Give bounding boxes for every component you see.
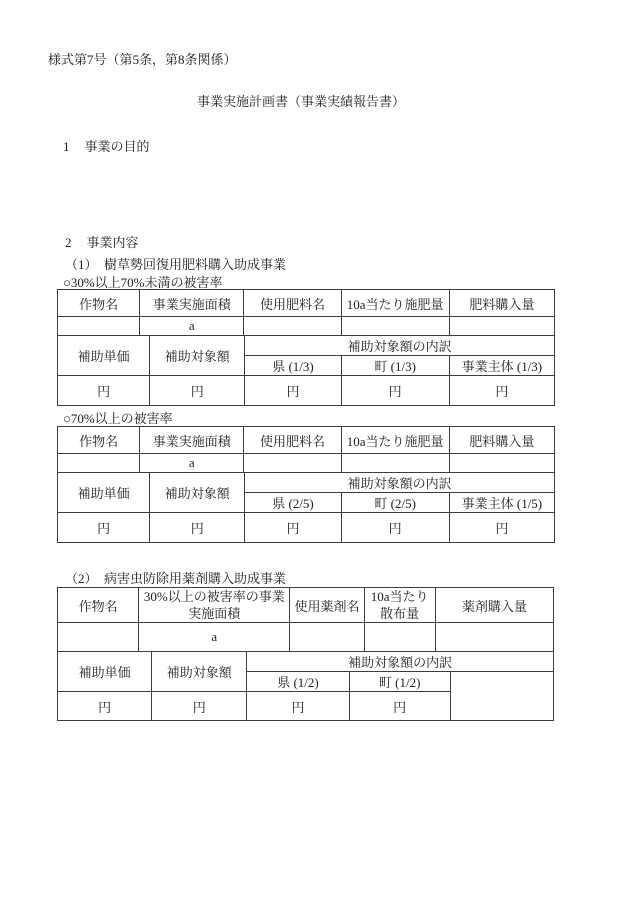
a-subsidy-amount-yen-cell: 円 <box>150 376 245 406</box>
c-town-yen-cell: 円 <box>349 692 450 721</box>
a-rate-header: 10a当たり施肥量 <box>341 290 449 317</box>
c-subsidy-amount-header: 補助対象額 <box>152 652 247 692</box>
c-empty-region <box>450 672 553 721</box>
b-operator-yen-cell: 円 <box>449 513 554 543</box>
b-unit-price-yen-cell: 円 <box>58 513 150 543</box>
b-crop-cell <box>58 454 140 473</box>
damage-70-table: 作物名 事業実施面積 使用肥料名 10a当たり施肥量 肥料購入量 a 補助単価 … <box>57 426 555 543</box>
b-fertilizer-cell <box>244 454 341 473</box>
b-prefecture-share-header: 県 (2/5) <box>245 493 341 513</box>
section-content-heading: 2事業内容 <box>65 235 139 251</box>
section-purpose-heading: 1事業の目的 <box>63 139 150 155</box>
damage-70-caption: ○70%以上の被害率 <box>63 411 173 427</box>
a-fertilizer-header: 使用肥料名 <box>244 290 341 317</box>
document-page: 様式第7号（第5条，第8条関係） 事業実施計画書（事業実績報告書） 1事業の目的… <box>0 0 630 903</box>
c-crop-header: 作物名 <box>58 588 139 623</box>
document-title: 事業実施計画書（事業実績報告書） <box>197 94 405 110</box>
b-rate-cell <box>341 454 449 473</box>
a-prefecture-share-header: 県 (1/3) <box>245 356 341 376</box>
a-operator-share-header: 事業主体 (1/3) <box>449 356 554 376</box>
fertilizer-program-heading: （1） 樹草勢回復用肥料購入助成事業 <box>65 257 286 273</box>
c-pesticide-cell <box>290 623 364 652</box>
b-crop-header: 作物名 <box>58 427 140 454</box>
a-rate-cell <box>341 317 449 336</box>
b-area-header: 事業実施面積 <box>140 427 244 454</box>
a-prefecture-yen-cell: 円 <box>245 376 341 406</box>
c-area-header: 30%以上の被害率の事業 実施面積 <box>139 588 290 623</box>
pesticide-table: 作物名 30%以上の被害率の事業 実施面積 使用薬剤名 10a当たり 散布量 薬… <box>57 587 554 721</box>
b-rate-header: 10a当たり施肥量 <box>341 427 449 454</box>
c-purchase-cell <box>435 623 553 652</box>
a-area-cell: a <box>140 317 244 336</box>
damage-30-70-table: 作物名 事業実施面積 使用肥料名 10a当たり施肥量 肥料購入量 a 補助単価 … <box>57 289 555 406</box>
a-unit-price-yen-cell: 円 <box>58 376 150 406</box>
section-content-label: 事業内容 <box>87 235 139 251</box>
b-unit-price-header: 補助単価 <box>58 473 150 513</box>
a-crop-header: 作物名 <box>58 290 140 317</box>
c-area-cell: a <box>139 623 290 652</box>
pesticide-program-heading: （2） 病害虫防除用薬剤購入助成事業 <box>65 571 286 587</box>
c-rate-header: 10a当たり 散布量 <box>364 588 435 623</box>
b-town-yen-cell: 円 <box>341 513 449 543</box>
c-unit-price-header: 補助単価 <box>58 652 152 692</box>
c-crop-cell <box>58 623 139 652</box>
c-prefecture-share-header: 県 (1/2) <box>247 672 349 692</box>
b-breakdown-header: 補助対象額の内訳 <box>245 473 555 493</box>
c-town-share-header: 町 (1/2) <box>349 672 450 692</box>
b-subsidy-amount-yen-cell: 円 <box>150 513 245 543</box>
a-breakdown-header: 補助対象額の内訳 <box>245 336 555 356</box>
section-purpose-number: 1 <box>63 139 70 154</box>
a-purchase-header: 肥料購入量 <box>449 290 554 317</box>
b-town-share-header: 町 (2/5) <box>341 493 449 513</box>
b-subsidy-amount-header: 補助対象額 <box>150 473 245 513</box>
b-purchase-cell <box>449 454 554 473</box>
c-rate-cell <box>364 623 435 652</box>
form-number: 様式第7号（第5条，第8条関係） <box>48 52 237 68</box>
a-fertilizer-cell <box>244 317 341 336</box>
a-unit-price-header: 補助単価 <box>58 336 150 376</box>
c-purchase-header: 薬剤購入量 <box>435 588 553 623</box>
b-area-cell: a <box>140 454 244 473</box>
b-operator-share-header: 事業主体 (1/5) <box>449 493 554 513</box>
b-fertilizer-header: 使用肥料名 <box>244 427 341 454</box>
c-unit-price-yen-cell: 円 <box>58 692 152 721</box>
section-content-number: 2 <box>65 235 72 250</box>
c-pesticide-header: 使用薬剤名 <box>290 588 364 623</box>
a-town-share-header: 町 (1/3) <box>341 356 449 376</box>
c-breakdown-header: 補助対象額の内訳 <box>247 652 554 672</box>
b-prefecture-yen-cell: 円 <box>245 513 341 543</box>
section-purpose-label: 事業の目的 <box>85 139 150 155</box>
c-subsidy-amount-yen-cell: 円 <box>152 692 247 721</box>
b-purchase-header: 肥料購入量 <box>449 427 554 454</box>
a-subsidy-amount-header: 補助対象額 <box>150 336 245 376</box>
a-area-header: 事業実施面積 <box>140 290 244 317</box>
c-prefecture-yen-cell: 円 <box>247 692 349 721</box>
a-purchase-cell <box>449 317 554 336</box>
a-town-yen-cell: 円 <box>341 376 449 406</box>
a-operator-yen-cell: 円 <box>449 376 554 406</box>
a-crop-cell <box>58 317 140 336</box>
